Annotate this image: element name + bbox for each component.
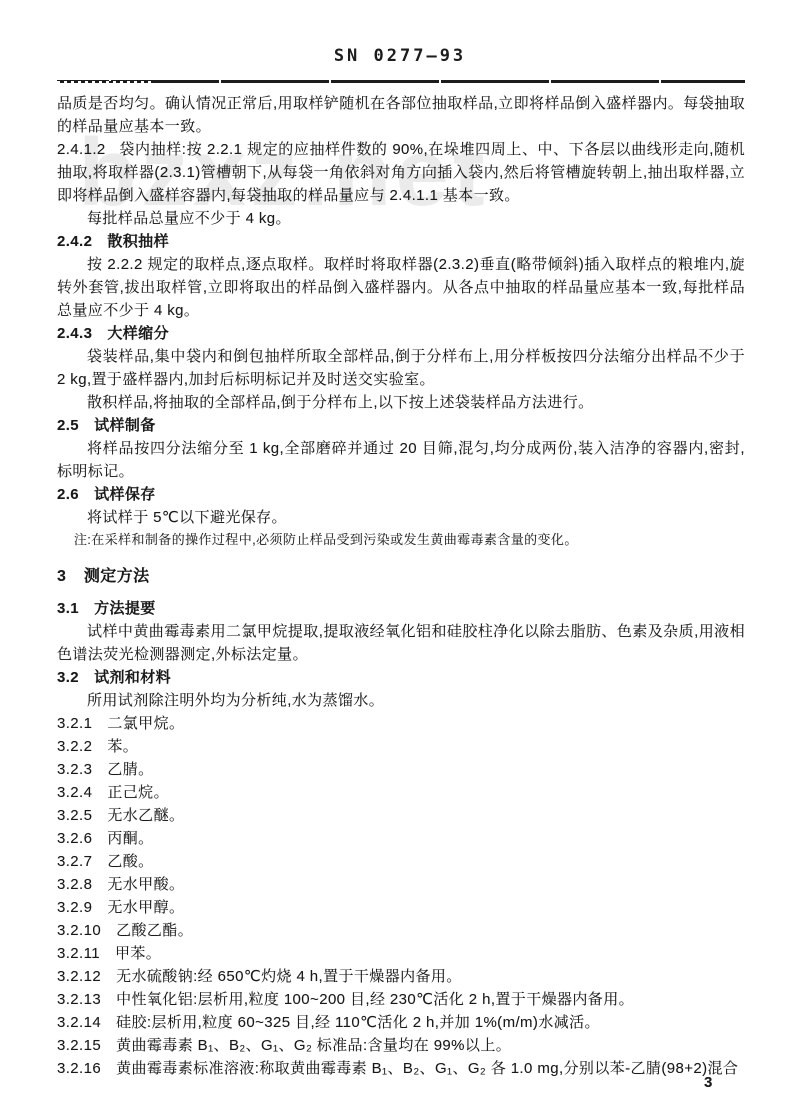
item-3-2-1: 3.2.1二氯甲烷。 <box>57 712 745 735</box>
page-number: 3 <box>704 1074 712 1091</box>
clause-text: 硅胶:层析用,粒度 60~325 目,经 110℃活化 2 h,并加 1%(m/… <box>116 1014 600 1031</box>
heading-2-4-3: 2.4.3大样缩分 <box>57 322 745 345</box>
item-3-2-8: 3.2.8无水甲酸。 <box>57 873 745 896</box>
clause-number: 2.4.1.2 <box>57 141 106 158</box>
clause-text: 袋内抽样:按 2.2.1 规定的应抽样件数的 90%,在垛堆四周上、中、下各层以… <box>57 141 745 204</box>
clause-text: 大样缩分 <box>107 325 169 342</box>
clause-text: 无水甲醇。 <box>107 899 184 916</box>
heading-3-1: 3.1方法提要 <box>57 597 745 620</box>
item-3-2-4: 3.2.4正己烷。 <box>57 781 745 804</box>
clause-number: 3.2.2 <box>57 738 92 755</box>
standard-code: SN 0277—93 <box>0 46 800 66</box>
paragraph-method-summary: 试样中黄曲霉毒素用二氯甲烷提取,提取液经氧化铝和硅胶柱净化以除去脂肪、色素及杂质… <box>57 620 745 666</box>
clause-number: 3.2.12 <box>57 968 101 985</box>
item-3-2-3: 3.2.3乙腈。 <box>57 758 745 781</box>
clause-text: 中性氧化铝:层析用,粒度 100~200 目,经 230℃活化 2 h,置于干燥… <box>116 991 634 1008</box>
clause-text: 乙腈。 <box>107 761 153 778</box>
item-3-2-14: 3.2.14硅胶:层析用,粒度 60~325 目,经 110℃活化 2 h,并加… <box>57 1011 745 1034</box>
clause-number: 3.2 <box>57 669 79 686</box>
clause-number: 2.5 <box>57 417 79 434</box>
heading-2-6: 2.6试样保存 <box>57 483 745 506</box>
item-3-2-9: 3.2.9无水甲醇。 <box>57 896 745 919</box>
clause-text: 黄曲霉毒素标准溶液:称取黄曲霉毒素 B₁、B₂、G₁、G₂ 各 1.0 mg,分… <box>116 1060 738 1077</box>
clause-number: 3.1 <box>57 600 79 617</box>
paragraph-sample-storage: 将试样于 5℃以下避光保存。 <box>57 506 745 529</box>
clause-number: 3.2.1 <box>57 715 92 732</box>
clause-2-4-1-2: 2.4.1.2袋内抽样:按 2.2.1 规定的应抽样件数的 90%,在垛堆四周上… <box>57 138 745 207</box>
header-rule <box>57 80 745 83</box>
clause-text: 测定方法 <box>84 568 150 585</box>
paragraph-bulk-sampling: 按 2.2.2 规定的取样点,逐点取样。取样时将取样器(2.3.2)垂直(略带倾… <box>57 253 745 322</box>
item-3-2-7: 3.2.7乙酸。 <box>57 850 745 873</box>
paragraph-reagents-intro: 所用试剂除注明外均为分析纯,水为蒸馏水。 <box>57 689 745 712</box>
paragraph-sample-preparation: 将样品按四分法缩分至 1 kg,全部磨碎并通过 20 目筛,混匀,均分成两份,装… <box>57 437 745 483</box>
item-3-2-12: 3.2.12无水硫酸钠:经 650℃灼烧 4 h,置于干燥器内备用。 <box>57 965 745 988</box>
clause-number: 3.2.5 <box>57 807 92 824</box>
item-3-2-16: 3.2.16黄曲霉毒素标准溶液:称取黄曲霉毒素 B₁、B₂、G₁、G₂ 各 1.… <box>57 1057 745 1080</box>
clause-number: 3.2.14 <box>57 1014 101 1031</box>
clause-text: 二氯甲烷。 <box>107 715 184 732</box>
item-3-2-11: 3.2.11甲苯。 <box>57 942 745 965</box>
paragraph-loose-samples: 散积样品,将抽取的全部样品,倒于分样布上,以下按上述袋装样品方法进行。 <box>57 391 745 414</box>
heading-3-2: 3.2试剂和材料 <box>57 666 745 689</box>
clause-number: 3.2.10 <box>57 922 101 939</box>
heading-2-4-2: 2.4.2散积抽样 <box>57 230 745 253</box>
clause-number: 3.2.11 <box>57 945 100 962</box>
item-3-2-13: 3.2.13中性氧化铝:层析用,粒度 100~200 目,经 230℃活化 2 … <box>57 988 745 1011</box>
heading-3: 3测定方法 <box>57 565 745 588</box>
clause-number: 3.2.4 <box>57 784 92 801</box>
clause-number: 3.2.8 <box>57 876 92 893</box>
clause-number: 3.2.13 <box>57 991 101 1008</box>
clause-text: 方法提要 <box>94 600 156 617</box>
clause-number: 3 <box>57 568 66 585</box>
clause-text: 甲苯。 <box>115 945 161 962</box>
clause-text: 乙酸。 <box>107 853 153 870</box>
clause-number: 3.2.16 <box>57 1060 101 1077</box>
clause-text: 试剂和材料 <box>94 669 171 686</box>
paragraph-bagged-samples: 袋装样品,集中袋内和倒包抽样所取全部样品,倒于分样布上,用分样板按四分法缩分出样… <box>57 345 745 391</box>
document-body: 品质是否均匀。确认情况正常后,用取样铲随机在各部位抽取样品,立即将样品倒入盛样器… <box>57 92 745 1080</box>
item-3-2-10: 3.2.10乙酸乙酯。 <box>57 919 745 942</box>
clause-text: 无水甲酸。 <box>107 876 184 893</box>
clause-text: 黄曲霉毒素 B₁、B₂、G₁、G₂ 标准品:含量均在 99%以上。 <box>116 1037 511 1054</box>
item-3-2-2: 3.2.2苯。 <box>57 735 745 758</box>
clause-number: 2.6 <box>57 486 79 503</box>
clause-text: 无水乙醚。 <box>107 807 184 824</box>
clause-text: 散积抽样 <box>107 233 169 250</box>
clause-text: 乙酸乙酯。 <box>116 922 193 939</box>
clause-number: 3.2.9 <box>57 899 92 916</box>
paragraph-continuation: 品质是否均匀。确认情况正常后,用取样铲随机在各部位抽取样品,立即将样品倒入盛样器… <box>57 92 745 138</box>
clause-text: 苯。 <box>107 738 138 755</box>
clause-number: 3.2.3 <box>57 761 92 778</box>
item-3-2-15: 3.2.15黄曲霉毒素 B₁、B₂、G₁、G₂ 标准品:含量均在 99%以上。 <box>57 1034 745 1057</box>
paragraph-batch-minimum: 每批样品总量应不少于 4 kg。 <box>57 207 745 230</box>
clause-text: 试样制备 <box>94 417 156 434</box>
clause-number: 2.4.2 <box>57 233 92 250</box>
item-3-2-5: 3.2.5无水乙醚。 <box>57 804 745 827</box>
clause-text: 丙酮。 <box>107 830 153 847</box>
clause-text: 无水硫酸钠:经 650℃灼烧 4 h,置于干燥器内备用。 <box>116 968 462 985</box>
clause-text: 试样保存 <box>94 486 156 503</box>
clause-number: 3.2.6 <box>57 830 92 847</box>
clause-number: 3.2.15 <box>57 1037 101 1054</box>
document-page: bzxz.net SN 0277—93 品质是否均匀。确认情况正常后,用取样铲随… <box>0 0 800 1114</box>
clause-text: 正己烷。 <box>107 784 169 801</box>
note-contamination: 注:在采样和制备的操作过程中,必须防止样品受到污染或发生黄曲霉毒素含量的变化。 <box>57 529 745 550</box>
clause-number: 3.2.7 <box>57 853 92 870</box>
heading-2-5: 2.5试样制备 <box>57 414 745 437</box>
item-3-2-6: 3.2.6丙酮。 <box>57 827 745 850</box>
clause-number: 2.4.3 <box>57 325 92 342</box>
